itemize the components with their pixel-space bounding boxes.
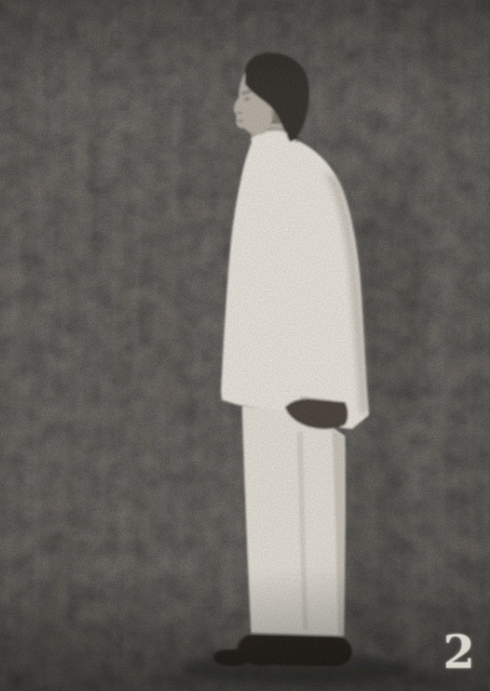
vignette-radial	[0, 0, 490, 691]
photograph-svg	[0, 0, 490, 691]
photo-plate: 2	[0, 0, 490, 691]
figure-number-label: 2	[443, 634, 479, 672]
